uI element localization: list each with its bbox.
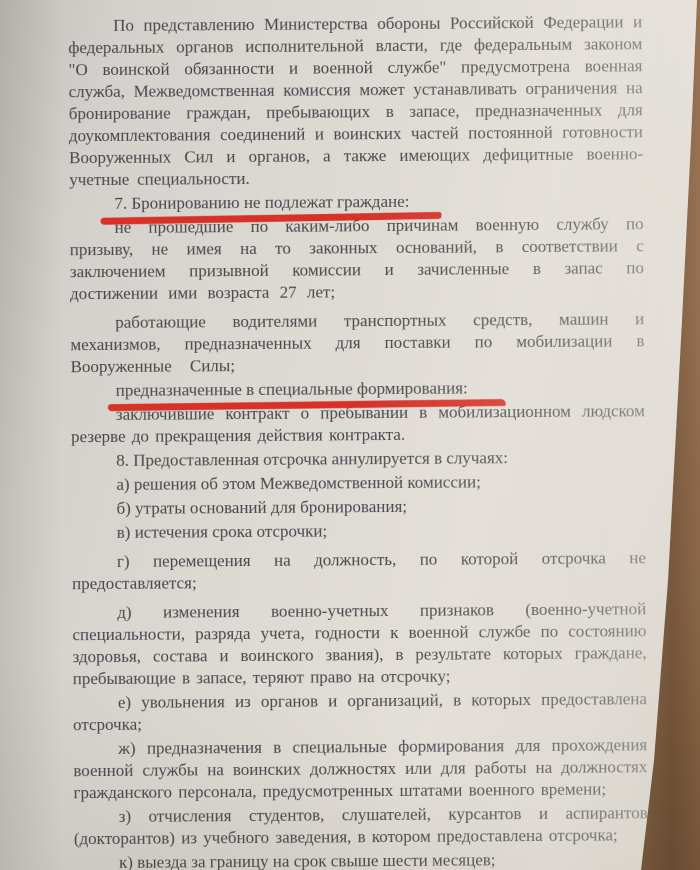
paragraph: к) выезда за границу на срок свыше шести… [74,848,648,870]
paragraph: По представлению Министерства обороны Ро… [68,11,643,191]
paragraph: 8. Предоставленная отсрочка аннулируется… [71,446,645,472]
paragraph: предназначенные в специальные формирован… [71,376,645,402]
paragraph: в) истечения срока отсрочки; [72,518,646,544]
red-underlined-text: предназначенные в специальные формирован… [116,378,468,399]
paragraph: д) изменения военно-учетных признаков (в… [72,598,647,690]
red-underlined-text: 7. Бронированию не подлежат граждане: [114,192,409,213]
document-page: По представлению Министерства обороны Ро… [0,0,700,870]
paragraph: б) утраты оснований для бронирования; [71,494,645,520]
paragraph: не прошедшие по каким-либо причинам воен… [70,213,645,305]
document-text: По представлению Министерства обороны Ро… [0,0,700,870]
paragraph: е) увольнения из органов и организаций, … [73,688,647,736]
paragraph: г) перемещения на должность, по которой … [72,547,646,595]
paragraph: а) решения об этом Межведомственной коми… [71,470,645,496]
photo-background: По представлению Министерства обороны Ро… [0,0,700,870]
paragraph: работающие водителями транспортных средс… [70,308,644,378]
paragraph: ж) предназначения в специальные формиров… [73,734,647,804]
paragraph: з) отчисления студентов, слушателей, кур… [74,802,648,850]
paragraph: 7. Бронированию не подлежат граждане: [69,189,643,215]
